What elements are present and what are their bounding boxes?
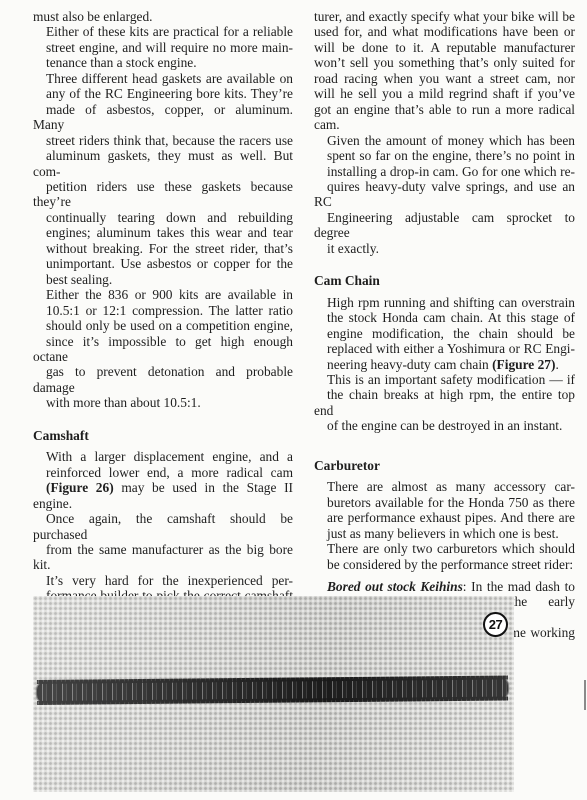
text-line: neering heavy-duty cam chain (Figure 27)…: [314, 357, 575, 372]
text-line: unimportant. Use asbestos or copper for …: [33, 256, 293, 271]
paragraph: must also be enlarged.: [33, 9, 293, 24]
text-line: buretors available for the Honda 750 as …: [314, 495, 575, 510]
text-line: got an engine that’s able to run a more …: [314, 102, 575, 117]
text-line: aluminum gaskets, they must as well. But…: [33, 148, 293, 179]
text-line: won’t sell you something that’s only sui…: [314, 55, 575, 70]
text-line: reinforced lower end, a more radical cam: [33, 465, 293, 480]
text-line: from the same manufacturer as the big bo…: [33, 542, 293, 573]
text-line: just as many believers in which one is b…: [314, 526, 575, 541]
paragraph: High rpm running and shifting can overst…: [314, 295, 575, 372]
text-line: installing a drop-in cam. Go for one whi…: [314, 164, 575, 179]
text-line: any of the RC Engineering bore kits. The…: [33, 86, 293, 101]
text-line: gas to prevent detonation and probable d…: [33, 364, 293, 395]
figure-reference: (Figure 26): [46, 480, 114, 495]
paragraph: turer, and exactly specify what your bik…: [314, 9, 575, 133]
text-line: street engine, and will require no more …: [33, 40, 293, 55]
text-line: cam.: [314, 117, 575, 132]
text-line: spent so far on the engine, there’s no p…: [314, 148, 575, 163]
text-line: tenance than a stock engine.: [33, 55, 293, 70]
text-line: road racing when you want a street cam, …: [314, 71, 575, 86]
text-line: since it’s impossible to get high enough…: [33, 334, 293, 365]
text-line: must also be enlarged.: [33, 9, 293, 24]
text-line: street riders think that, because the ra…: [33, 133, 293, 148]
text-line: Given the amount of money which has been: [314, 133, 575, 148]
text-line: will be done to it. A reputable manufact…: [314, 40, 575, 55]
section-heading-carburetor: Carburetor: [314, 458, 575, 473]
text-fragment: .: [555, 357, 558, 372]
text-fragment: : In the mad dash to: [463, 579, 575, 594]
paragraph: This is an important safety modification…: [314, 372, 575, 434]
paragraph: Three different head gaskets are availab…: [33, 71, 293, 287]
text-line: are performance exhaust pipes. And there…: [314, 510, 575, 525]
section-heading-cam-chain: Cam Chain: [314, 273, 575, 288]
text-line: 10.5:1 or 12:1 compression. The latter r…: [33, 303, 293, 318]
text-line: used for, and what modifications have be…: [314, 24, 575, 39]
text-line: best sealing.: [33, 272, 293, 287]
text-line: Engineering adjustable cam sprocket to d…: [314, 210, 575, 241]
text-line: It’s very hard for the inexperienced per…: [33, 573, 293, 588]
text-line: replaced with either a Yoshimura or RC E…: [314, 341, 575, 356]
paragraph: Either of these kits are practical for a…: [33, 24, 293, 70]
text-line: High rpm running and shifting can overst…: [314, 295, 575, 310]
text-line: with more than about 10.5:1.: [33, 395, 293, 410]
text-line: This is an important safety modification…: [314, 372, 575, 387]
text-line: be considered by the performance street …: [314, 557, 575, 572]
text-line: quires heavy-duty valve springs, and use…: [314, 179, 575, 210]
figure-reference: (Figure 27): [492, 357, 555, 372]
text-line: will he sell you a mild regrind shaft if…: [314, 86, 575, 101]
text-line: turer, and exactly specify what your bik…: [314, 9, 575, 24]
text-line: Either the 836 or 900 kits are available…: [33, 287, 293, 302]
text-line: Bored out stock Keihins: In the mad dash…: [314, 579, 575, 594]
right-column: turer, and exactly specify what your bik…: [314, 9, 575, 641]
text-line: the chain breaks at high rpm, the entire…: [314, 387, 575, 418]
text-line: made of asbestos, copper, or aluminum. M…: [33, 102, 293, 133]
text-line: Once again, the camshaft should be purch…: [33, 511, 293, 542]
text-fragment: neering heavy-duty cam chain: [327, 357, 492, 372]
text-line: With a larger displacement engine, and a: [33, 449, 293, 464]
text-line: should only be used on a competition eng…: [33, 318, 293, 333]
text-line: There are only two carburetors which sho…: [314, 541, 575, 556]
text-line: Three different head gaskets are availab…: [33, 71, 293, 86]
section-heading-camshaft: Camshaft: [33, 428, 293, 443]
cam-chain-image: [37, 677, 508, 703]
figure-number-badge: 27: [483, 612, 508, 637]
text-line: engine modification, the chain should be: [314, 326, 575, 341]
text-line: petition riders use these gaskets becaus…: [33, 179, 293, 210]
page-edge-mark: [584, 680, 586, 710]
text-line: of the engine can be destroyed in an ins…: [314, 418, 575, 433]
paragraph: Either the 836 or 900 kits are available…: [33, 287, 293, 411]
paragraph: There are only two carburetors which sho…: [314, 541, 575, 572]
text-line: the stock Honda cam chain. At this stage…: [314, 310, 575, 325]
paragraph: There are almost as many accessory car- …: [314, 479, 575, 541]
text-line: continually tearing down and rebuilding: [33, 210, 293, 225]
text-line: without breaking. For the street rider, …: [33, 241, 293, 256]
text-line: (Figure 26) may be used in the Stage II …: [33, 480, 293, 511]
figure-photo-cam-chain: 27: [33, 596, 514, 792]
text-line: Either of these kits are practical for a…: [33, 24, 293, 39]
text-line: engines; aluminum takes this wear and te…: [33, 225, 293, 240]
run-in-heading: Bored out stock Keihins: [327, 579, 463, 594]
paragraph: With a larger displacement engine, and a…: [33, 449, 293, 573]
text-line: it exactly.: [314, 241, 575, 256]
paragraph: Given the amount of money which has been…: [314, 133, 575, 257]
text-line: There are almost as many accessory car-: [314, 479, 575, 494]
